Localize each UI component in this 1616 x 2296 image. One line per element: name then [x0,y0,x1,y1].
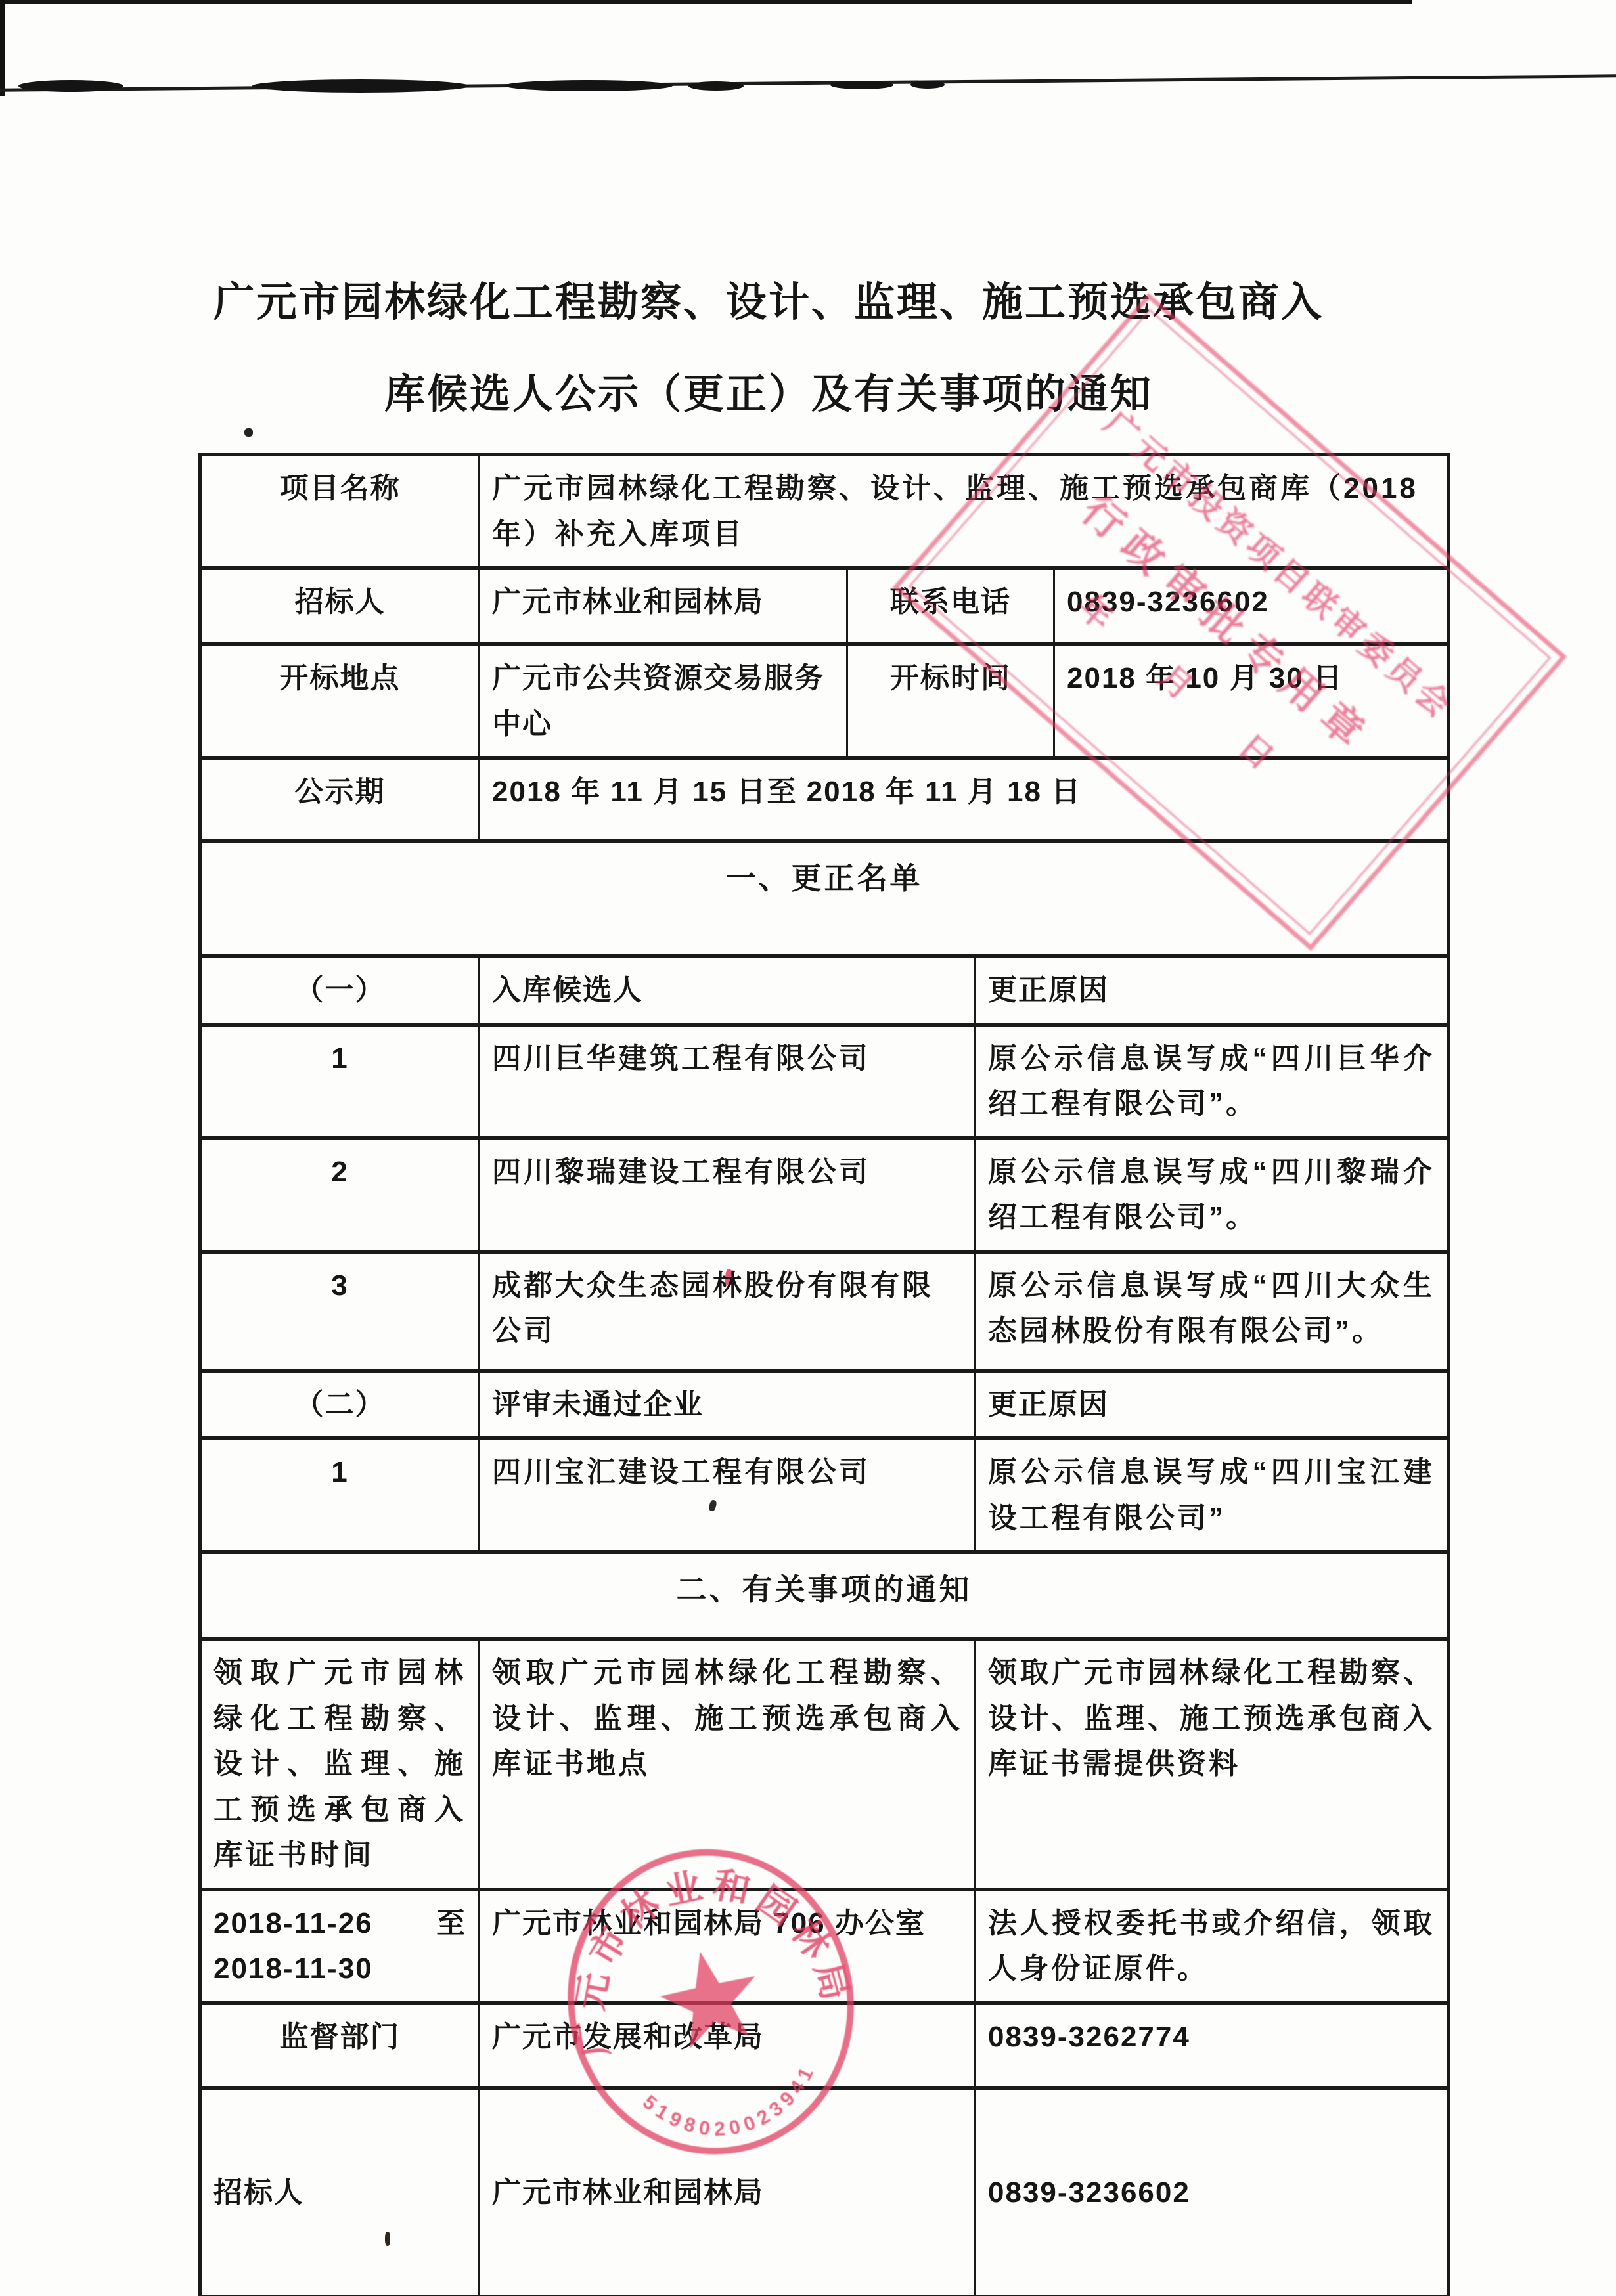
bid-open-location-value: 广元市公共资源交易服务中心 [480,644,847,758]
title-line-1: 广元市园林绿化工程勘察、设计、监理、施工预选承包商入 [118,282,1419,323]
row-index: 2 [200,1138,480,1252]
scan-blob [830,81,893,89]
reason-column-header: 更正原因 [976,1371,1448,1439]
project-name-label: 项目名称 [200,455,480,569]
row-index: 1 [200,1025,480,1138]
correction-reason: 原公示信息误写成“四川巨华介绍工程有限公司”。 [976,1025,1448,1138]
certificate-time-header: 领取广元市园林绿化工程勘察、设计、监理、施工预选承包商入库证书时间 [200,1639,480,1889]
scan-blob [910,81,945,89]
certificate-detail-row: 2018-11-26 至 2018-11-30 广元市林业和园林局 706 办公… [200,1889,1448,2003]
scan-edge-bar [0,0,5,96]
certificate-place-value: 广元市林业和园林局 706 办公室 [480,1889,976,2003]
bid-open-location-label: 开标地点 [200,644,480,758]
table-row: 项目名称 广元市园林绿化工程勘察、设计、监理、施工预选承包商库（2018年）补充… [200,455,1448,569]
row-index: 1 [200,1438,480,1552]
group1-index: （一） [200,956,480,1025]
section2-heading: 二、有关事项的通知 [200,1552,1448,1639]
reason-column-header: 更正原因 [976,956,1448,1025]
correction-header-row: （一） 入库候选人 更正原因 [200,956,1448,1025]
company-name: 成都大众生态园林股份有限有限公司 [480,1252,976,1371]
date-range-line1: 2018-11-26 至 [213,1901,466,1947]
candidate-row: 3 成都大众生态园林股份有限有限公司 原公示信息误写成“四川大众生态园林股份有限… [200,1252,1448,1371]
tenderee-bottom-phone: 0839-3236602 [976,2088,1448,2296]
table-row: 公示期 2018 年 11 月 15 日至 2018 年 11 月 18 日 [200,758,1448,841]
document-title: 广元市园林绿化工程勘察、设计、监理、施工预选承包商入 库候选人公示（更正）及有关… [118,282,1419,415]
company-name: 四川宝汇建设工程有限公司 [480,1438,976,1552]
scan-blob [252,79,469,93]
company-name: 四川巨华建筑工程有限公司 [480,1025,976,1138]
certificate-docs-header: 领取广元市园林绿化工程勘察、设计、监理、施工预选承包商入库证书需提供资料 [976,1639,1448,1889]
scan-edge-line [0,0,1412,4]
tenderee-label: 招标人 [200,568,480,644]
contact-phone-label: 联系电话 [847,568,1054,644]
project-name-value: 广元市园林绿化工程勘察、设计、监理、施工预选承包商库（2018年）补充入库项目 [480,455,1448,569]
ink-dot [244,428,253,437]
scan-blob [18,80,123,92]
row-index: 3 [200,1252,480,1371]
publicity-period-label: 公示期 [200,758,480,841]
tenderee-row: 招标人 广元市林业和园林局 0839-3236602 [200,2088,1448,2296]
contact-phone-value: 0839-3236602 [1054,568,1448,644]
correction-reason: 原公示信息误写成“四川黎瑞介绍工程有限公司”。 [976,1138,1448,1252]
certificate-place-header: 领取广元市园林绿化工程勘察、设计、监理、施工预选承包商入库证书地点 [480,1639,976,1889]
scan-blob [505,80,673,91]
candidate-column-header: 入库候选人 [480,956,976,1025]
section1-heading-row: 一、更正名单 [200,841,1448,956]
company-name: 四川黎瑞建设工程有限公司 [480,1138,976,1252]
scanned-notice-page: 广元市园林绿化工程勘察、设计、监理、施工预选承包商入 库候选人公示（更正）及有关… [0,0,1616,2296]
correction-reason: 原公示信息误写成“四川宝江建设工程有限公司” [976,1438,1448,1552]
supervisor-row: 监督部门 广元市发展和改革局 0839-3262774 [200,2003,1448,2088]
tenderee-bottom-label: 招标人 [200,2088,480,2296]
bid-open-time-value: 2018 年 10 月 30 日 [1054,644,1448,758]
certificate-docs-value: 法人授权委托书或介绍信，领取人身份证原件。 [976,1889,1448,2003]
supervisor-value: 广元市发展和改革局 [480,2003,976,2088]
candidate-row: 1 四川宝汇建设工程有限公司 原公示信息误写成“四川宝江建设工程有限公司” [200,1438,1448,1552]
correction-reason: 原公示信息误写成“四川大众生态园林股份有限有限公司”。 [976,1252,1448,1371]
date-from: 2018-11-26 [213,1901,373,1947]
table-row: 开标地点 广元市公共资源交易服务中心 开标时间 2018 年 10 月 30 日 [200,644,1448,758]
table-row: 招标人 广元市林业和园林局 联系电话 0839-3236602 [200,568,1448,644]
candidate-row: 1 四川巨华建筑工程有限公司 原公示信息误写成“四川巨华介绍工程有限公司”。 [200,1025,1448,1138]
scan-blob [688,81,744,91]
section1-heading: 一、更正名单 [200,841,1448,956]
notice-table: 项目名称 广元市园林绿化工程勘察、设计、监理、施工预选承包商库（2018年）补充… [198,453,1450,2296]
date-to-word: 至 [436,1901,466,1947]
publicity-period-value: 2018 年 11 月 15 日至 2018 年 11 月 18 日 [480,758,1448,841]
failed-review-column-header: 评审未通过企业 [480,1371,976,1439]
scan-crease-line [0,74,1616,92]
bid-open-time-label: 开标时间 [847,644,1054,758]
tenderee-value: 广元市林业和园林局 [480,568,847,644]
group2-index: （二） [200,1371,480,1439]
section2-heading-row: 二、有关事项的通知 [200,1552,1448,1639]
date-to: 2018-11-30 [213,1946,466,1992]
certificate-time-value: 2018-11-26 至 2018-11-30 [200,1889,480,2003]
title-line-2: 库候选人公示（更正）及有关事项的通知 [118,374,1419,415]
certificate-header-row: 领取广元市园林绿化工程勘察、设计、监理、施工预选承包商入库证书时间 领取广元市园… [200,1639,1448,1889]
correction-header-row-2: （二） 评审未通过企业 更正原因 [200,1371,1448,1439]
supervisor-phone: 0839-3262774 [976,2003,1448,2088]
tenderee-bottom-value: 广元市林业和园林局 [480,2088,976,2296]
supervisor-label: 监督部门 [200,2003,480,2088]
candidate-row: 2 四川黎瑞建设工程有限公司 原公示信息误写成“四川黎瑞介绍工程有限公司”。 [200,1138,1448,1252]
